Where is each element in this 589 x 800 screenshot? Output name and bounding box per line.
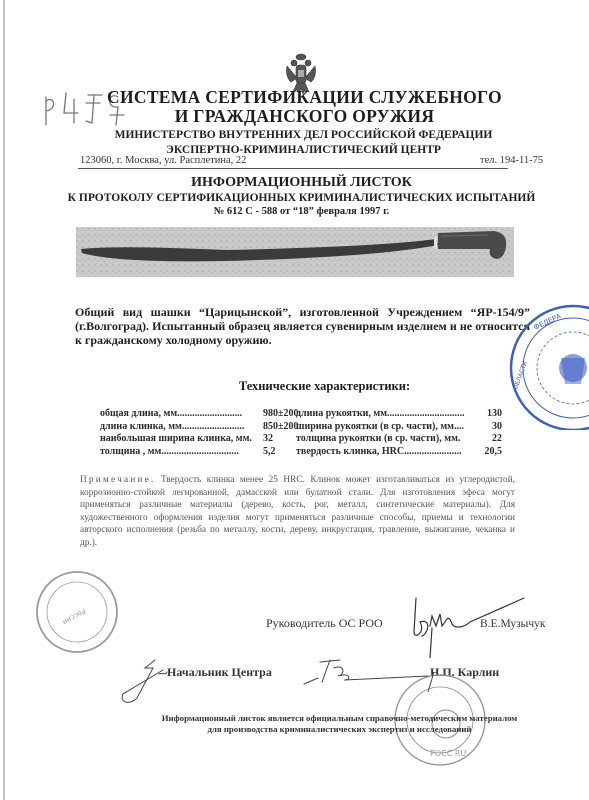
head-os-title: Руководитель ОС РОО: [266, 616, 383, 631]
spec-value: 22: [472, 433, 502, 446]
footer-line1: Информационный листок является официальн…: [90, 713, 589, 724]
svg-text:РОСС RU: РОСС RU: [430, 749, 466, 758]
spec-row: наибольшая ширина клинка, мм.32: [100, 433, 317, 446]
spec-label: твердость клинка, HRC...................…: [296, 446, 472, 459]
spec-label: толщина рукоятки (в ср. части), мм.: [296, 433, 472, 446]
specs-left-column: общая длина, мм.........................…: [100, 408, 317, 458]
spec-row: твердость клинка, HRC...................…: [296, 446, 502, 459]
spec-row: толщина рукоятки (в ср. части), мм.22: [296, 433, 502, 446]
item-description: Общий вид шашки “Царицынской”, изготовле…: [75, 305, 530, 347]
spec-row: общая длина, мм.........................…: [100, 408, 317, 421]
signature-chief: [115, 658, 170, 708]
protocol-number: № 612 С - 588 от “18” февраля 1997 г.: [0, 205, 589, 219]
spec-row: длина рукоятки, мм......................…: [296, 408, 502, 421]
chief-title: Начальник Центра: [167, 665, 272, 680]
spec-label: толщина , мм............................…: [100, 446, 263, 459]
ministry-line1: МИНИСТЕРСТВО ВНУТРЕННИХ ДЕЛ РОССИЙСКОЙ Ф…: [18, 128, 589, 143]
note-text: Твердость клинка менее 25 HRC. Клинок мо…: [80, 475, 515, 548]
ministry-header: МИНИСТЕРСТВО ВНУТРЕННИХ ДЕЛ РОССИЙСКОЙ Ф…: [0, 128, 589, 158]
note-tag: Примечание.: [80, 475, 156, 485]
official-stamp-faded: России: [30, 568, 125, 656]
spec-value: 130: [472, 408, 502, 421]
spec-row: толщина , мм............................…: [100, 446, 317, 459]
spec-label: общая длина, мм.........................…: [100, 408, 263, 421]
phone-number: тел. 194-11-75: [480, 155, 543, 166]
footer-note: Информационный листок является официальн…: [0, 713, 589, 735]
svg-text:России: России: [61, 607, 87, 627]
specs-right-column: длина рукоятки, мм......................…: [296, 408, 502, 458]
spec-value: 20,5: [472, 446, 502, 459]
system-title-line1: СИСТЕМА СЕРТИФИКАЦИИ СЛУЖЕБНОГО: [20, 88, 589, 107]
tech-specs-title: Технические характеристики:: [0, 379, 589, 394]
system-title: СИСТЕМА СЕРТИФИКАЦИИ СЛУЖЕБНОГО И ГРАЖДА…: [0, 88, 589, 126]
spec-label: длина клинка, мм........................…: [100, 421, 263, 434]
footer-line2: для производства криминалистических эксп…: [90, 724, 589, 735]
official-stamp-blue: ФЕДЕРА ОБЛАСТИ: [505, 300, 589, 430]
spec-label: длина рукоятки, мм......................…: [296, 408, 472, 421]
address: 123060, г. Москва, ул. Расплетина, 22: [80, 155, 246, 166]
spec-row: длина клинка, мм........................…: [100, 421, 317, 434]
sabre-photo: [76, 227, 514, 277]
note-paragraph: Примечание. Твердость клинка менее 25 HR…: [80, 474, 515, 549]
spec-value: 30: [472, 421, 502, 434]
head-os-name: В.Е.Музычук: [480, 618, 546, 630]
info-sheet-title: ИНФОРМАЦИОННЫЙ ЛИСТОК: [0, 175, 589, 191]
spec-row: ширина рукоятки (в ср. части), мм....30: [296, 421, 502, 434]
system-title-line2: И ГРАЖДАНСКОГО ОРУЖИЯ: [20, 107, 589, 126]
header-divider: [78, 168, 508, 169]
info-sheet-subtitle: К ПРОТОКОЛУ СЕРТИФИКАЦИОННЫХ КРИМИНАЛИСТ…: [0, 191, 589, 205]
svg-text:ФЕДЕРА: ФЕДЕРА: [532, 312, 562, 332]
spec-label: ширина рукоятки (в ср. части), мм....: [296, 421, 472, 434]
spec-label: наибольшая ширина клинка, мм.: [100, 433, 263, 446]
